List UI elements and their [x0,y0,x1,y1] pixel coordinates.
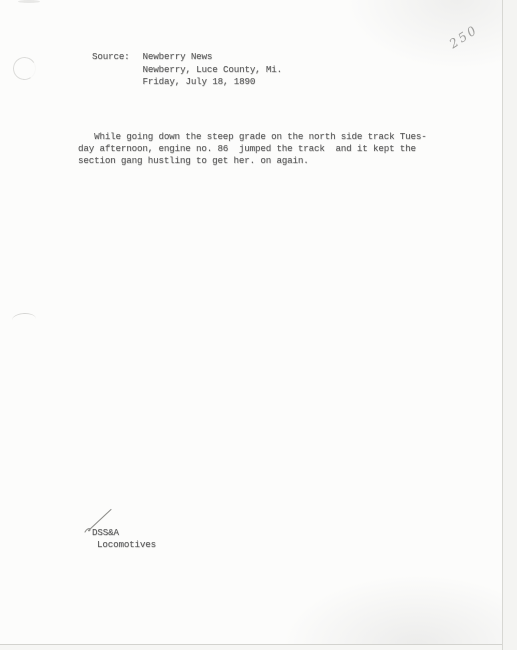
page-edge-bottom [0,644,502,650]
scan-shading-top-right [345,0,505,70]
page-edge-right [502,0,517,650]
filing-railroad: DSS&A [92,527,156,539]
source-date: Friday, July 18, 1890 [143,76,282,89]
scan-shading-bottom-right [285,576,505,646]
article-line: section gang hustling to get her. on aga… [78,155,427,167]
source-citation: Newberry News Newberry, Luce County, Mi.… [143,51,282,89]
smudge-mark [18,0,40,3]
article-line: day afternoon, engine no. 86 jumped the … [78,143,427,155]
pencil-circle-mark [11,55,38,82]
handwritten-number: 250 [446,16,489,51]
source-block: Source: Newberry News Newberry, Luce Cou… [92,51,282,89]
source-location: Newberry, Luce County, Mi. [143,64,282,77]
article-line: While going down the steep grade on the … [78,131,427,143]
source-publication: Newberry News [143,51,282,64]
filing-category: Locomotives [97,539,156,551]
pencil-arc-mark [12,312,37,327]
filing-note: DSS&A Locomotives [92,527,156,551]
scanned-document-page: 250 Source: Newberry News Newberry, Luce… [0,0,517,650]
source-label: Source: [92,51,130,63]
article-text: While going down the steep grade on the … [78,131,427,166]
